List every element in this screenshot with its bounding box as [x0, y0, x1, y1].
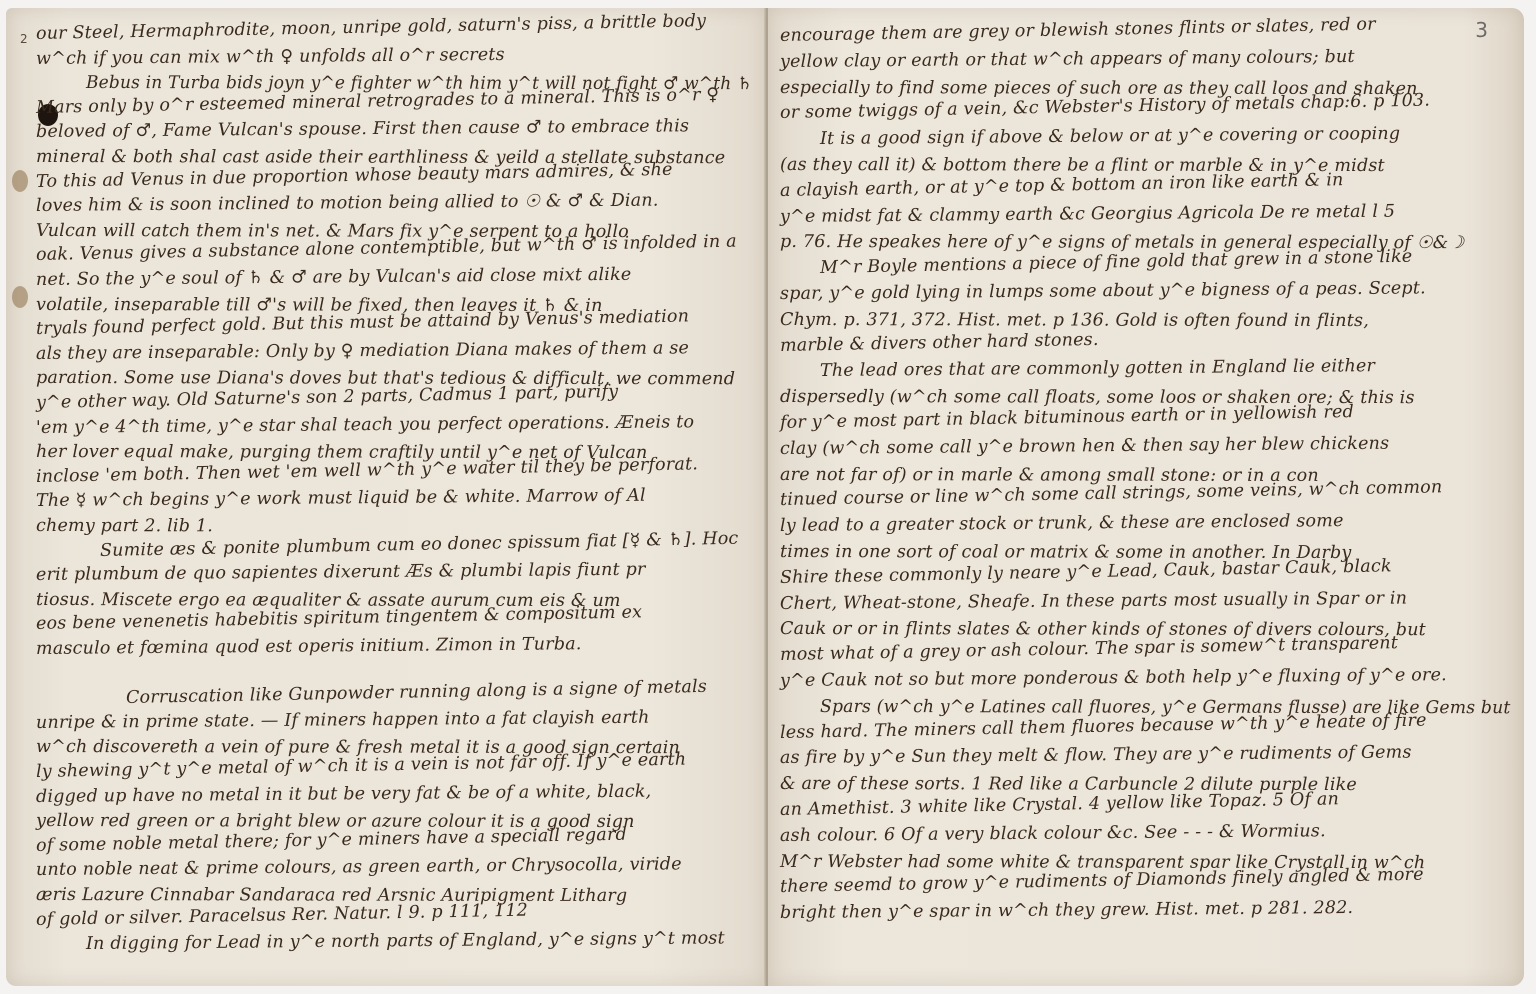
manuscript-line: ash colour. 6 Of a very black colour &c.… [780, 821, 1326, 846]
manuscript-line: chemy part 2. lib 1. [36, 516, 213, 536]
manuscript-line: w^ch if you can mix w^th ♀ unfolds all o… [36, 45, 505, 69]
manuscript-line: as fire by y^e Sun they melt & flow. The… [780, 743, 1412, 769]
manuscript-line: unto noble neat & prime colours, as gree… [36, 855, 682, 881]
ink-stain [12, 170, 28, 192]
manuscript-line: our Steel, Hermaphrodite, moon, unripe g… [36, 11, 706, 44]
manuscript-line: Chert, Wheat-stone, Sheafe. In these par… [780, 588, 1407, 613]
manuscript-line: encourage them are grey or blewish stone… [780, 15, 1376, 46]
manuscript-spread: 2 our Steel, Hermaphrodite, moon, unripe… [6, 8, 1524, 986]
manuscript-line: masculo et fœmina quod est operis initiu… [36, 634, 582, 659]
right-page: 3 encourage them are grey or blewish sto… [768, 8, 1524, 986]
manuscript-line: Corruscation like Gunpowder running alon… [126, 677, 707, 708]
left-page: 2 our Steel, Hermaphrodite, moon, unripe… [6, 8, 766, 986]
manuscript-line: ly lead to a greater stock or trunk, & t… [780, 511, 1344, 536]
manuscript-line: marble & divers other hard stones. [780, 329, 1099, 355]
manuscript-line: In digging for Lead in y^e north parts o… [86, 929, 725, 955]
manuscript-line: 'em y^e 4^th time, y^e star shal teach y… [36, 412, 694, 438]
manuscript-line: unripe & in prime state. — If miners hap… [36, 707, 650, 732]
manuscript-line: y^e midst fat & clammy earth &c Georgius… [780, 201, 1395, 226]
manuscript-line: net. So the y^e soul of ♄ & ♂ are by Vul… [36, 265, 632, 290]
manuscript-line: digged up have no metal in it but be ver… [36, 781, 652, 806]
manuscript-line: clay (w^ch some call y^e brown hen & the… [780, 433, 1389, 458]
right-page-number: 3 [1475, 18, 1488, 42]
manuscript-line: æris Lazure Cinnabar Sandaraca red Arsni… [36, 885, 627, 906]
manuscript-line: The lead ores that are commonly gotten i… [820, 357, 1375, 382]
manuscript-line: Chym. p. 371, 372. Hist. met. p 136. Gol… [780, 310, 1369, 331]
manuscript-line: yellow clay or earth or that w^ch appear… [780, 47, 1355, 72]
manuscript-line: loves him & is soon inclined to motion b… [36, 191, 659, 216]
manuscript-line: erit plumbum de quo sapientes dixerunt Æ… [36, 560, 646, 585]
manuscript-line: beloved of ♂, Fame Vulcan's spouse. Firs… [36, 117, 689, 143]
manuscript-line: y^e Cauk not so but more ponderous & bot… [780, 665, 1447, 691]
manuscript-line: bright then y^e spar in w^ch they grew. … [780, 898, 1353, 923]
manuscript-line: It is a good sign if above & below or at… [820, 124, 1400, 149]
ink-stain [12, 286, 28, 308]
manuscript-line: als they are inseparable: Only by ♀ medi… [36, 338, 689, 364]
manuscript-line: The ☿ w^ch begins y^e work must liquid b… [36, 486, 646, 511]
manuscript-line: spar, y^e gold lying in lumps some about… [780, 278, 1426, 304]
left-page-number: 2 [20, 32, 28, 46]
